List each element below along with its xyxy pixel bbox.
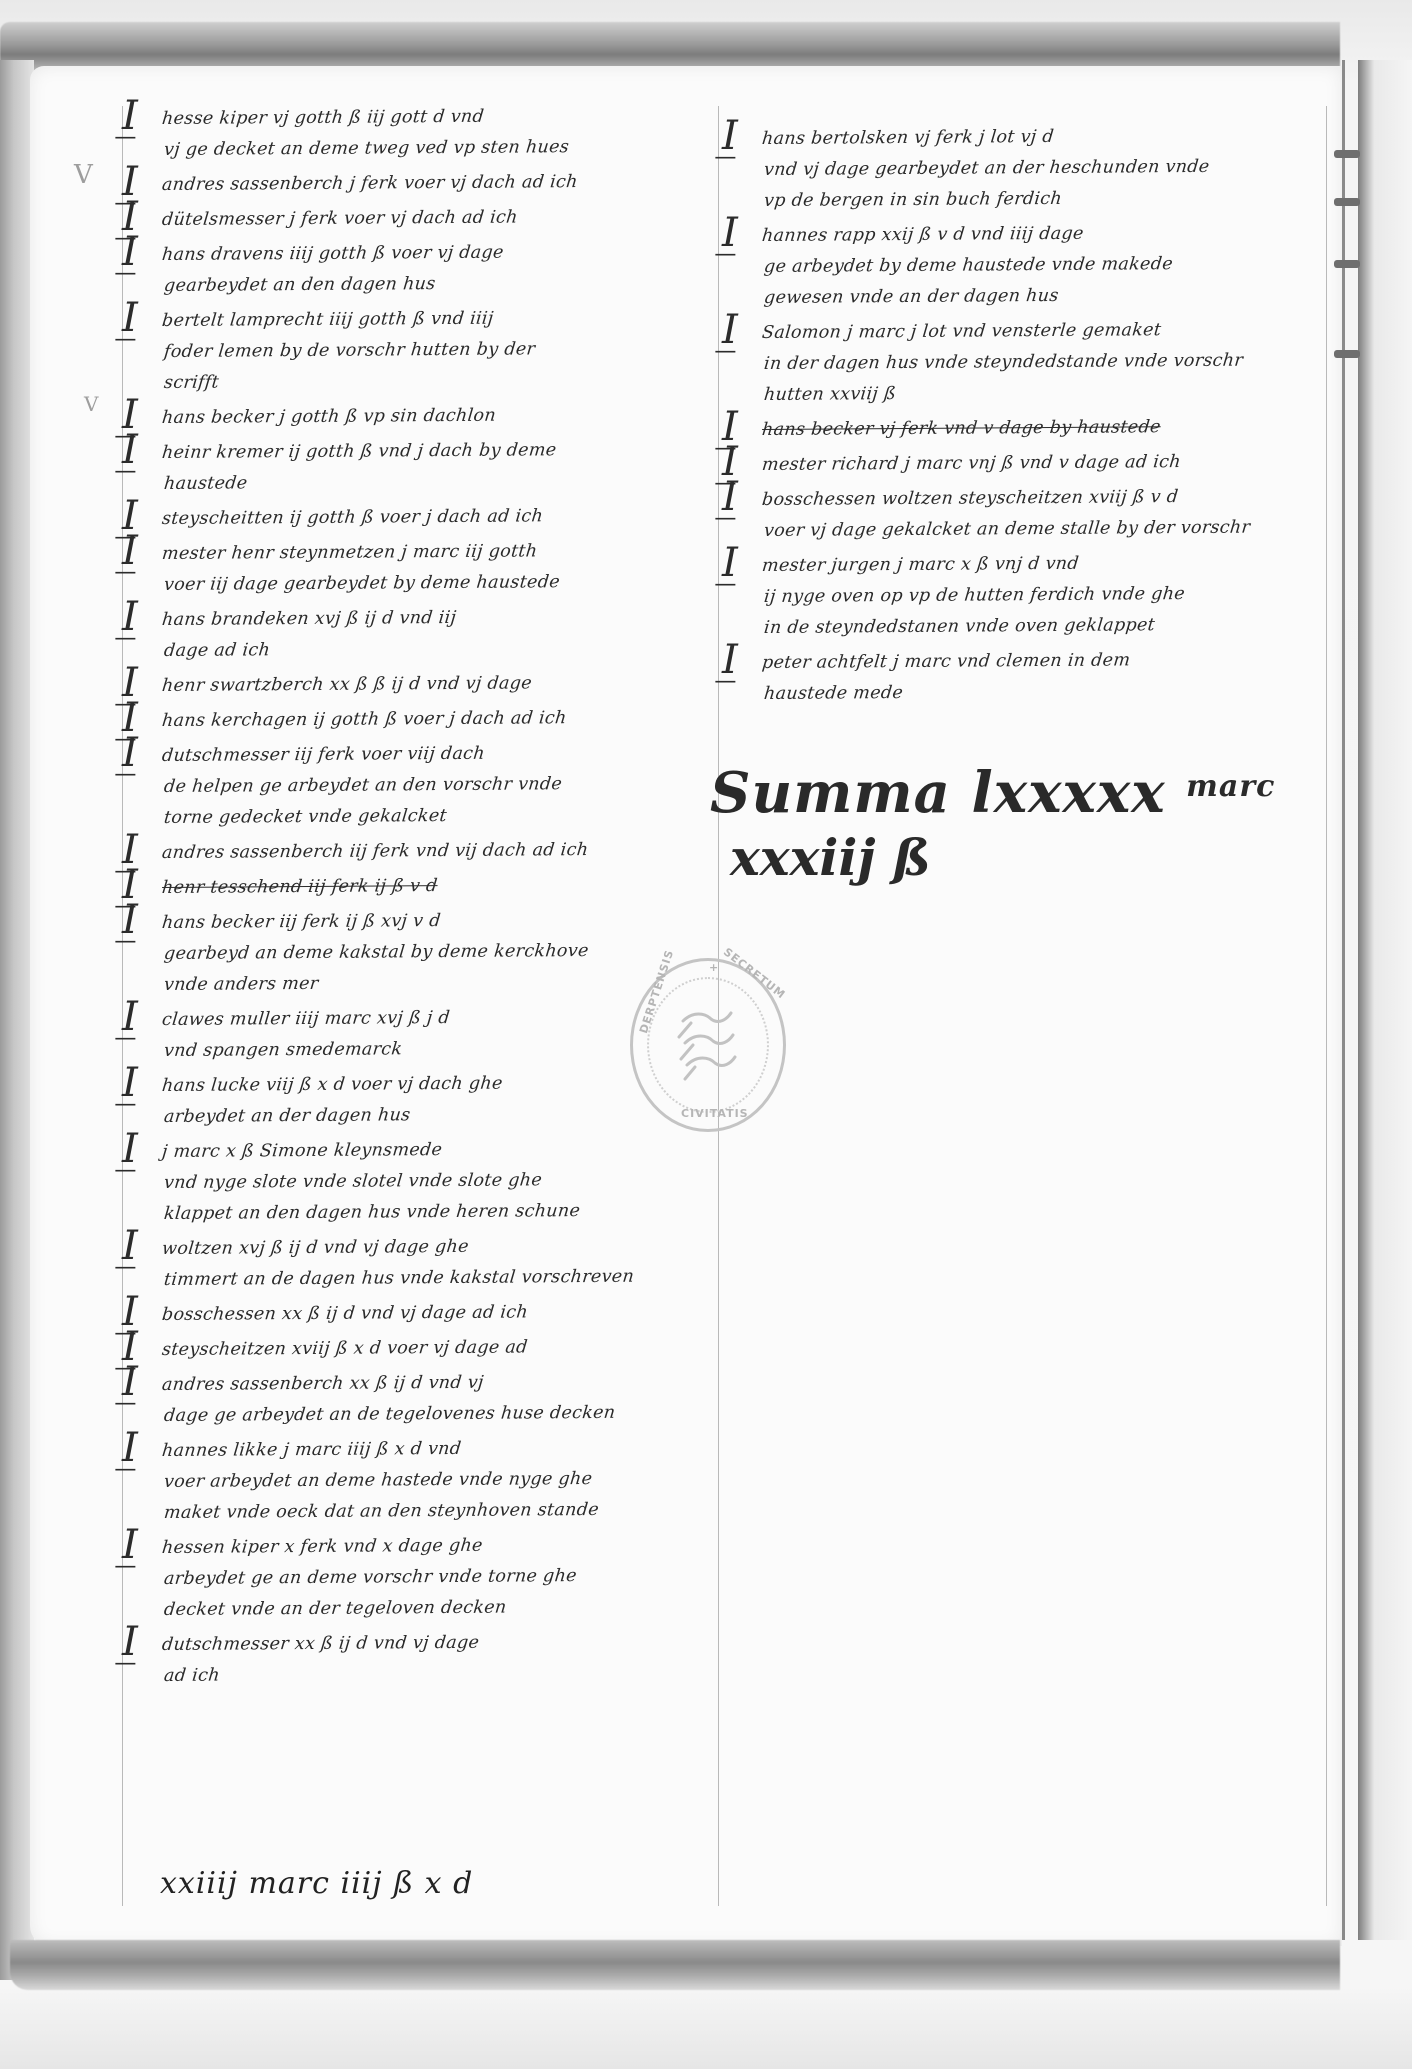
entry-continuation-line: scrifft [160, 364, 689, 399]
entry-line: hessen kiper x ferk vnd x dage ghe [160, 1529, 689, 1564]
entry-continuation-line: timmert an de dagen hus vnde kakstal vor… [160, 1261, 689, 1296]
account-entry: I̲bosschessen woltzen steyscheitzen xvii… [728, 485, 1318, 547]
entry-line: hans bertolsken vj ferk j lot vj d [760, 120, 1319, 155]
entry-line: mester richard j marc vnj ß vnd v dage a… [760, 446, 1319, 481]
account-entry: I̲andres sassenberch iij ferk vnd vij da… [128, 838, 688, 869]
entry-continuation-line: torne gedecket vnde gekalcket [160, 799, 689, 834]
entry-continuation-line: ij nyge oven op vp de hutten ferdich vnd… [760, 578, 1319, 613]
entry-line: bertelt lamprecht iiij gotth ß vnd iiij [160, 302, 689, 337]
account-entry: I̲henr swartzberch xx ß ß ij d vnd vj da… [128, 671, 688, 702]
entry-continuation-line: vj ge decket an deme tweg ved vp sten hu… [160, 131, 689, 166]
entry-continuation-line: voer arbeydet an deme hastede vnde nyge … [160, 1463, 689, 1498]
item-mark-icon: I̲ [122, 298, 138, 338]
entry-continuation-line: gearbeydet an den dagen hus [160, 267, 689, 302]
entry-continuation-line: dage ad ich [160, 632, 689, 667]
entry-continuation-line: voer vj dage gekalcket an deme stalle by… [760, 512, 1319, 547]
binding-stitch [1334, 350, 1360, 358]
book-bottom-edge [10, 1940, 1340, 1990]
margin-mark: V [74, 160, 93, 190]
account-entry: I̲Salomon j marc j lot vnd vensterle gem… [728, 318, 1318, 411]
item-mark-icon: I̲ [122, 96, 138, 136]
item-mark-icon: I̲ [122, 1226, 138, 1266]
item-mark-icon: I̲ [122, 997, 138, 1037]
item-mark-icon: I̲ [122, 733, 138, 773]
margin-mark: V [84, 392, 98, 416]
entry-line: j marc x ß Simone kleynsmede [160, 1133, 689, 1168]
item-mark-icon: I̲ [122, 1063, 138, 1103]
entry-line: heinr kremer ij gotth ß vnd j dach by de… [160, 434, 689, 469]
entry-continuation-line: arbeydet an der dagen hus [160, 1098, 689, 1133]
entry-line: bosschessen woltzen steyscheitzen xviij … [760, 481, 1319, 516]
summa-unit: marc [1186, 769, 1275, 804]
account-entry: I̲woltzen xvj ß ij d vnd vj dage ghetimm… [128, 1234, 688, 1296]
account-entry: I̲clawes muller iiij marc xvj ß j dvnd s… [128, 1005, 688, 1067]
entry-continuation-line: vp de bergen in sin buch ferdich [760, 182, 1319, 217]
entry-continuation-line: gewesen vnde an der dagen hus [760, 279, 1319, 314]
entry-line: steyscheitten ij gotth ß voer j dach ad … [160, 500, 689, 535]
entry-continuation-line: haustede [160, 465, 689, 500]
entry-line: peter achtfelt j marc vnd clemen in dem [760, 644, 1319, 679]
account-entry: I̲hesse kiper vj gotth ß iij gott d vndv… [128, 104, 688, 166]
item-mark-icon: I̲ [722, 213, 738, 253]
item-mark-icon: I̲ [122, 597, 138, 637]
entry-line: hannes likke j marc iiij ß x d vnd [160, 1432, 689, 1467]
account-entry: I̲hans brandeken xvj ß ij d vnd iijdage … [128, 605, 688, 667]
item-mark-icon: I̲ [122, 232, 138, 272]
summa-line-1: Summa lxxxxx marc [710, 752, 1275, 828]
binding-stitch [1334, 150, 1360, 158]
entry-line: henr tesschend iij ferk ij ß v d [160, 869, 689, 904]
item-mark-icon: I̲ [722, 116, 738, 156]
entry-line: henr swartzberch xx ß ß ij d vnd vj dage [160, 667, 689, 702]
account-entry: I̲steyscheitten ij gotth ß voer j dach a… [128, 504, 688, 535]
entry-continuation-line: vnd vj dage gearbeydet an der heschunden… [760, 151, 1319, 186]
right-column-entries: I̲hans bertolsken vj ferk j lot vj dvnd … [728, 124, 1318, 714]
ruling-line-right [1326, 106, 1327, 1906]
entry-continuation-line: vnd spangen smedemarck [160, 1032, 689, 1067]
entry-continuation-line: maket vnde oeck dat an den steynhoven st… [160, 1494, 689, 1529]
entry-line: andres sassenberch j ferk voer vj dach a… [160, 166, 689, 201]
entry-line: Salomon j marc j lot vnd vensterle gemak… [760, 314, 1319, 349]
entry-line: clawes muller iiij marc xvj ß j d [160, 1001, 689, 1036]
entry-continuation-line: arbeydet ge an deme vorschr vnde torne g… [160, 1560, 689, 1595]
entry-line: hannes rapp xxij ß v d vnd iiij dage [760, 217, 1319, 252]
account-entry: I̲peter achtfelt j marc vnd clemen in de… [728, 648, 1318, 710]
item-mark-icon: I̲ [122, 531, 138, 571]
item-mark-icon: I̲ [122, 430, 138, 470]
account-entry: I̲mester richard j marc vnj ß vnd v dage… [728, 450, 1318, 481]
account-entry: I̲mester jurgen j marc x ß vnj d vndij n… [728, 551, 1318, 644]
entry-continuation-line: voer iij dage gearbeydet by deme hausted… [160, 566, 689, 601]
entry-line: hans brandeken xvj ß ij d vnd iij [160, 601, 689, 636]
entry-line: dutschmesser xx ß ij d vnd vj dage [160, 1626, 689, 1661]
entry-line: hesse kiper vj gotth ß iij gott d vnd [160, 100, 689, 135]
account-entry: I̲j marc x ß Simone kleynsmedevnd nyge s… [128, 1137, 688, 1230]
entry-continuation-line: vnd nyge slote vnde slotel vnde slote gh… [160, 1164, 689, 1199]
entry-continuation-line: ad ich [160, 1657, 689, 1692]
item-mark-icon: I̲ [722, 477, 738, 517]
item-mark-icon: I̲ [122, 1362, 138, 1402]
account-entry: I̲hans kerchagen ij gotth ß voer j dach … [128, 706, 688, 737]
account-entry: I̲hannes likke j marc iiij ß x d vndvoer… [128, 1436, 688, 1529]
book-left-edge [0, 60, 34, 1980]
binding-stitch [1334, 198, 1360, 206]
entry-continuation-line: hutten xxviij ß [760, 376, 1319, 411]
item-mark-icon: I̲ [722, 543, 738, 583]
binding-thread [1342, 60, 1345, 1940]
entry-line: andres sassenberch iij ferk vnd vij dach… [160, 834, 689, 869]
entry-line: hans becker iij ferk ij ß xvj v d [160, 904, 689, 939]
page-total: xxiiij marc iiij ß x d [160, 1866, 473, 1901]
account-entry: I̲andres sassenberch j ferk voer vj dach… [128, 170, 688, 201]
account-entry: I̲hans becker iij ferk ij ß xvj v dgearb… [128, 908, 688, 1001]
summa-line-2: xxxiij ß [710, 828, 1275, 888]
entry-continuation-line: de helpen ge arbeydet an den vorschr vnd… [160, 768, 689, 803]
entry-line: hans becker j gotth ß vp sin dachlon [160, 399, 689, 434]
entry-line: hans kerchagen ij gotth ß voer j dach ad… [160, 702, 689, 737]
city-seal-stamp: DERPTENSIS SECRETUM CIVITATIS + [630, 958, 786, 1132]
entry-continuation-line: gearbeyd an deme kakstal by deme kerckho… [160, 935, 689, 970]
entry-line: hans dravens iiij gotth ß voer vj dage [160, 236, 689, 271]
entry-continuation-line: vnde anders mer [160, 966, 689, 1001]
entry-line: hans lucke viij ß x d voer vj dach ghe [160, 1067, 689, 1102]
account-entry: I̲hannes rapp xxij ß v d vnd iiij dagege… [728, 221, 1318, 314]
entry-continuation-line: decket vnde an der tegeloven decken [160, 1591, 689, 1626]
account-entry: I̲hans dravens iiij gotth ß voer vj dage… [128, 240, 688, 302]
entry-continuation-line: ge arbeydet by deme haustede vnde makede [760, 248, 1319, 283]
item-mark-icon: I̲ [122, 1622, 138, 1662]
account-entry: I̲bosschessen xx ß ij d vnd vj dage ad i… [128, 1300, 688, 1331]
account-entry: I̲hans bertolsken vj ferk j lot vj dvnd … [728, 124, 1318, 217]
account-entry: I̲hans lucke viij ß x d voer vj dach ghe… [128, 1071, 688, 1133]
entry-line: dütelsmesser j ferk voer vj dach ad ich [160, 201, 689, 236]
item-mark-icon: I̲ [722, 640, 738, 680]
account-entry: I̲andres sassenberch xx ß ij d vnd vjdag… [128, 1370, 688, 1432]
item-mark-icon: I̲ [722, 310, 738, 350]
facing-leaf [1358, 60, 1412, 1940]
account-entry: I̲henr tesschend iij ferk ij ß v d [128, 873, 688, 904]
item-mark-icon: I̲ [122, 1129, 138, 1169]
entry-line: hans becker vj ferk vnd v dage by hauste… [760, 411, 1319, 446]
account-entry: I̲mester henr steynmetzen j marc iij got… [128, 539, 688, 601]
entry-line: mester henr steynmetzen j marc iij gotth [160, 535, 689, 570]
entry-continuation-line: foder lemen by de vorschr hutten by der [160, 333, 689, 368]
account-entry: I̲dutschmesser xx ß ij d vnd vj dagead i… [128, 1630, 688, 1692]
account-entry: I̲bertelt lamprecht iiij gotth ß vnd iii… [128, 306, 688, 399]
lion-emblem-icon [671, 1003, 745, 1087]
entry-line: steyscheitzen xviij ß x d voer vj dage a… [160, 1331, 689, 1366]
item-mark-icon: I̲ [122, 1428, 138, 1468]
book-top-edge [0, 22, 1340, 72]
account-entry: I̲hans becker j gotth ß vp sin dachlon [128, 403, 688, 434]
entry-line: mester jurgen j marc x ß vnj d vnd [760, 547, 1319, 582]
entry-line: andres sassenberch xx ß ij d vnd vj [160, 1366, 689, 1401]
item-mark-icon: I̲ [122, 1525, 138, 1565]
entry-line: woltzen xvj ß ij d vnd vj dage ghe [160, 1230, 689, 1265]
account-entry: I̲dütelsmesser j ferk voer vj dach ad ic… [128, 205, 688, 236]
account-entry: I̲hessen kiper x ferk vnd x dage ghearbe… [128, 1533, 688, 1626]
left-column-entries: I̲hesse kiper vj gotth ß iij gott d vndv… [128, 104, 688, 1696]
account-entry: I̲dutschmesser iij ferk voer viij dachde… [128, 741, 688, 834]
entry-continuation-line: in der dagen hus vnde steyndedstande vnd… [760, 345, 1319, 380]
entry-continuation-line: in de steyndedstanen vnde oven geklappet [760, 609, 1319, 644]
account-entry: I̲heinr kremer ij gotth ß vnd j dach by … [128, 438, 688, 500]
entry-continuation-line: klappet an den dagen hus vnde heren schu… [160, 1195, 689, 1230]
entry-continuation-line: dage ge arbeydet an de tegelovenes huse … [160, 1397, 689, 1432]
summa-total: Summa lxxxxx marc xxxiij ß [710, 752, 1275, 888]
stamp-cross: + [709, 961, 719, 974]
entry-line: bosschessen xx ß ij d vnd vj dage ad ich [160, 1296, 689, 1331]
account-entry: I̲hans becker vj ferk vnd v dage by haus… [728, 415, 1318, 446]
entry-line: dutschmesser iij ferk voer viij dach [160, 737, 689, 772]
binding-stitch [1334, 260, 1360, 268]
item-mark-icon: I̲ [122, 900, 138, 940]
stamp-text-bottom: CIVITATIS [681, 1107, 749, 1120]
entry-continuation-line: haustede mede [760, 675, 1319, 710]
account-entry: I̲steyscheitzen xviij ß x d voer vj dage… [128, 1335, 688, 1366]
